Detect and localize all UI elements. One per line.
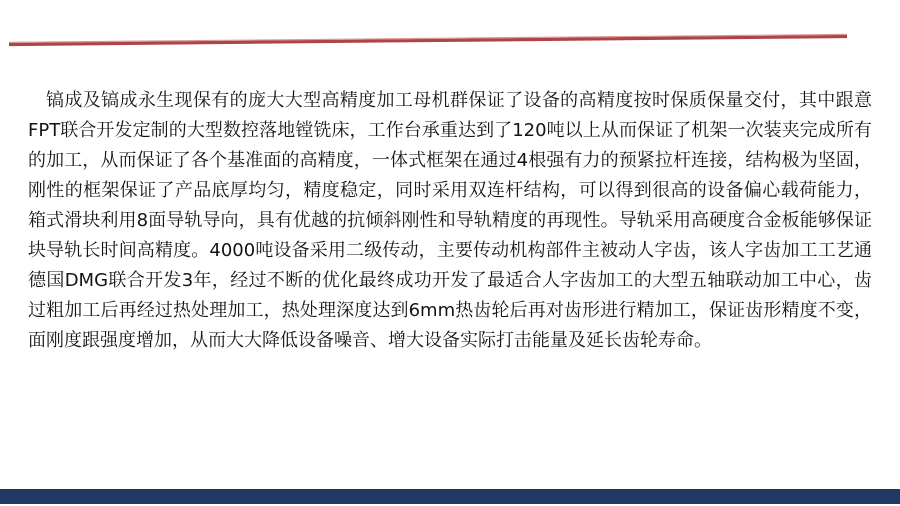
paragraph-line: 过粗加工后再经过热处理加工，热处理深度达到6mm热齿轮后再对齿形进行精加工，保证… <box>28 296 872 326</box>
paragraph-line: 镐成及镐成永生现保有的庞大大型高精度加工母机群保证了设备的高精度按时保质保量交付… <box>28 86 872 116</box>
red-divider-line <box>0 0 900 60</box>
red-divider-main-stroke <box>9 37 847 45</box>
paragraph-line: 面刚度跟强度增加，从而大大降低设备噪音、增大设备实际打击能量及延长齿轮寿命。 <box>28 326 872 356</box>
paragraph-line: 块导轨长时间高精度。4000吨设备采用二级传动，主要传动机构部件主被动人字齿，该… <box>28 236 872 266</box>
paragraph-line: 的加工，从而保证了各个基准面的高精度，一体式框架在通过4根强有力的预紧拉杆连接，… <box>28 146 872 176</box>
paragraph-line: FPT联合开发定制的大型数控落地镗铣床，工作台承重达到了120吨以上从而保证了机… <box>28 116 872 146</box>
paragraph-line: 德国DMG联合开发3年，经过不断的优化最终成功开发了最适合人字齿加工的大型五轴联… <box>28 266 872 296</box>
footer-accent-bar <box>0 489 900 504</box>
body-paragraph: 镐成及镐成永生现保有的庞大大型高精度加工母机群保证了设备的高精度按时保质保量交付… <box>28 86 872 356</box>
paragraph-line: 刚性的框架保证了产品底厚均匀，精度稳定，同时采用双连杆结构，可以得到很高的设备偏… <box>28 176 872 206</box>
paragraph-line: 箱式滑块利用8面导轨导向，具有优越的抗倾斜刚性和导轨精度的再现性。导轨采用高硬度… <box>28 206 872 236</box>
slide-canvas: 镐成及镐成永生现保有的庞大大型高精度加工母机群保证了设备的高精度按时保质保量交付… <box>0 0 900 506</box>
